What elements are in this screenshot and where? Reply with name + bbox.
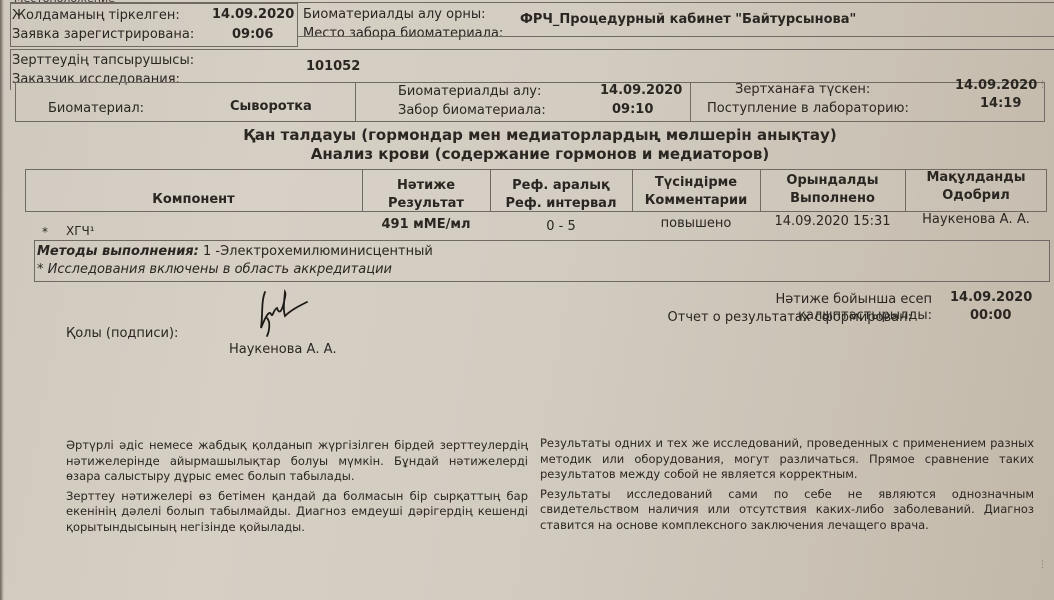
- registered-time: 09:06: [232, 27, 273, 43]
- lab-time: 14:19: [980, 96, 1021, 112]
- col-result-kz: Нәтиже: [362, 178, 490, 194]
- disclaimer-kz: Әртүрлі әдіс немесе жабдық қолданып жүрг…: [66, 438, 528, 539]
- col-comment-kz: Түсіндірме: [632, 175, 760, 191]
- report-time: 00:00: [970, 308, 1011, 324]
- report-label-ru: Отчет о результатах сформирован:: [640, 310, 912, 326]
- col-result-ru: Результат: [362, 196, 490, 212]
- edge-marks: ⋮: [1038, 80, 1040, 90]
- registered-date: 14.09.2020: [212, 7, 294, 23]
- customer-value: 101052: [306, 59, 360, 75]
- accreditation-note: * Исследования включены в область аккред…: [37, 262, 392, 278]
- row-component: ХГЧ¹: [66, 224, 95, 239]
- col-ref-kz: Реф. аралық: [490, 178, 632, 194]
- registered-label-ru: Заявка зарегистрирована:: [12, 27, 194, 43]
- col-component: Компонент: [25, 192, 362, 208]
- signature-name: Наукенова А. А.: [229, 342, 337, 358]
- biomaterial-value: Сыворотка: [230, 99, 312, 115]
- disclaimer-kz-1: Әртүрлі әдіс немесе жабдық қолданып жүрг…: [66, 438, 528, 485]
- lab-label-ru: Поступление в лабораторию:: [707, 101, 909, 117]
- row-done: 14.09.2020 15:31: [760, 214, 905, 230]
- methods-line: Методы выполнения: 1 -Электрохемилюминис…: [37, 244, 433, 260]
- lab-date: 14.09.2020: [955, 78, 1037, 94]
- signature-icon: [255, 288, 315, 340]
- methods-label: Методы выполнения:: [37, 244, 199, 259]
- row-ref: 0 - 5: [490, 219, 632, 235]
- collection-label-ru: Забор биоматериала:: [398, 103, 546, 119]
- page-edge-shadow: [0, 0, 4, 600]
- lab-label-kz: Зертханаға түскен:: [735, 82, 870, 98]
- biomaterial-label: Биоматериал:: [48, 101, 144, 117]
- edge-marks-bottom: ⋮: [1038, 560, 1040, 570]
- signature-label: Қолы (подписи):: [66, 326, 178, 342]
- row-approved: Наукенова А. А.: [905, 212, 1047, 228]
- collection-label-kz: Биоматериалды алу:: [398, 84, 541, 100]
- report-date: 14.09.2020: [950, 290, 1032, 306]
- methods-value: 1 -Электрохемилюминисцентный: [203, 244, 433, 259]
- row-marker: *: [42, 225, 48, 240]
- disclaimer-ru-2: Результаты исследований сами по себе не …: [540, 487, 1034, 534]
- col-ref-ru: Реф. интервал: [490, 196, 632, 212]
- row-result: 491 мМЕ/мл: [362, 217, 490, 233]
- place-value: ФРЧ_Процедурный кабинет "Байтурсынова": [520, 12, 856, 28]
- collection-time: 09:10: [612, 102, 653, 118]
- place-label-ru: Место забора биоматериала:: [303, 26, 503, 42]
- disclaimer-ru: Результаты одних и тех же исследований, …: [540, 436, 1034, 537]
- title-kz: Қан талдауы (гормондар мен медиаторларды…: [180, 126, 900, 144]
- col-approved-kz: Мақұлданды: [905, 170, 1047, 186]
- customer-label-kz: Зерттеудің тапсырушысы:: [12, 53, 194, 69]
- collection-date: 14.09.2020: [600, 83, 682, 99]
- col-done-ru: Выполнено: [760, 191, 905, 207]
- row-comment: повышено: [632, 216, 760, 232]
- disclaimer-kz-2: Зерттеу нәтижелері өз бетімен қандай да …: [66, 489, 528, 536]
- registered-label-kz: Жолдаманың тіркелген:: [12, 8, 180, 24]
- title-ru: Анализ крови (содержание гормонов и меди…: [180, 145, 900, 163]
- col-done-kz: Орындалды: [760, 173, 905, 189]
- col-approved-ru: Одобрил: [905, 188, 1047, 204]
- disclaimer-ru-1: Результаты одних и тех же исследований, …: [540, 436, 1034, 483]
- col-comment-ru: Комментарии: [632, 193, 760, 209]
- place-label-kz: Биоматериалды алу орны:: [303, 7, 485, 23]
